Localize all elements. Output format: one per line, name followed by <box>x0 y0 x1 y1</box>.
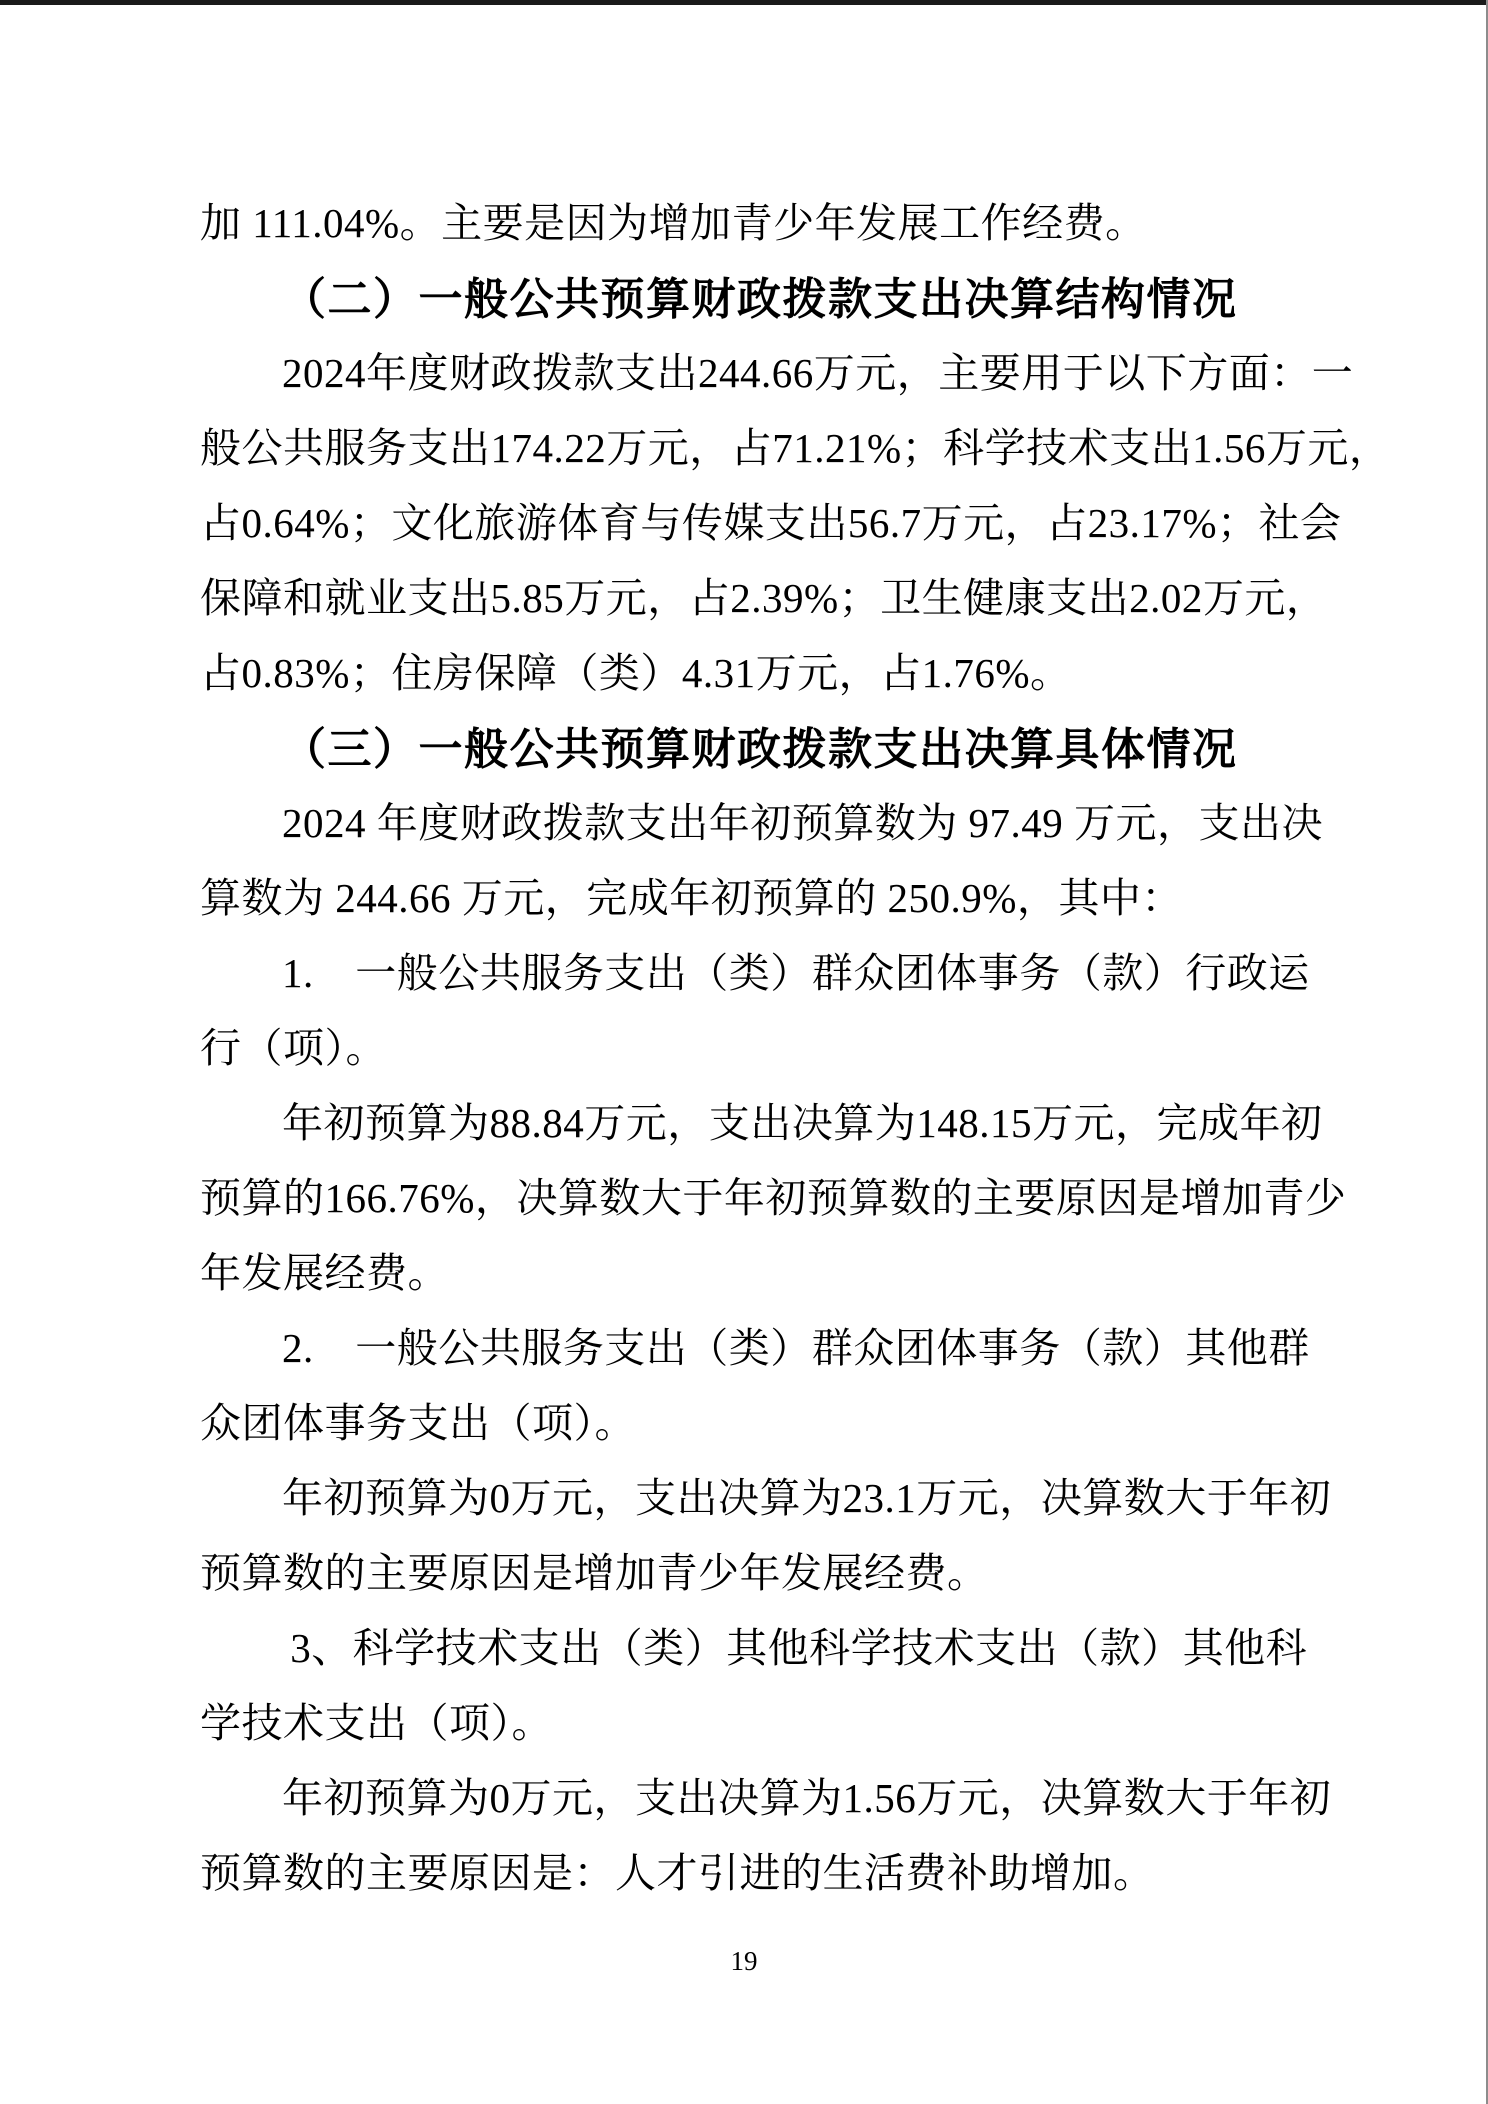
top-edge-bar <box>0 0 1488 5</box>
text-line: 预算数的主要原因是增加青少年发展经费。 <box>200 1532 1288 1607</box>
text-line: 般公共服务支出174.22万元，占71.21%；科学技术支出1.56万元， <box>200 407 1288 482</box>
text-line: 年初预算为0万元，支出决算为23.1万元，决算数大于年初 <box>200 1457 1288 1532</box>
text-line: 行（项）。 <box>200 1007 1288 1082</box>
text-line: 占0.83%；住房保障（类）4.31万元，占1.76%。 <box>200 632 1288 707</box>
text-line: 3、科学技术支出（类）其他科学技术支出（款）其他科 <box>200 1607 1288 1682</box>
text-line: 年发展经费。 <box>200 1232 1288 1307</box>
text-line: 1. 一般公共服务支出（类）群众团体事务（款）行政运 <box>200 932 1288 1007</box>
text-line: 预算的166.76%，决算数大于年初预算数的主要原因是增加青少 <box>200 1157 1288 1232</box>
text-line: 年初预算为0万元，支出决算为1.56万元，决算数大于年初 <box>200 1757 1288 1832</box>
page-number: 19 <box>200 1946 1288 1977</box>
text-line: 众团体事务支出（项）。 <box>200 1382 1288 1457</box>
text-line: 年初预算为88.84万元，支出决算为148.15万元，完成年初 <box>200 1082 1288 1157</box>
text-line: 占0.64%；文化旅游体育与传媒支出56.7万元，占23.17%；社会 <box>200 482 1288 557</box>
text-line: 2. 一般公共服务支出（类）群众团体事务（款）其他群 <box>200 1307 1288 1382</box>
text-line: 预算数的主要原因是：人才引进的生活费补助增加。 <box>200 1832 1288 1907</box>
text-line: 2024年度财政拨款支出244.66万元，主要用于以下方面：一 <box>200 332 1288 407</box>
text-line: （二）一般公共预算财政拨款支出决算结构情况 <box>200 257 1288 332</box>
text-line: （三）一般公共预算财政拨款支出决算具体情况 <box>200 707 1288 782</box>
text-line: 学技术支出（项）。 <box>200 1682 1288 1757</box>
text-line: 2024 年度财政拨款支出年初预算数为 97.49 万元，支出决 <box>200 782 1288 857</box>
text-line: 保障和就业支出5.85万元，占2.39%；卫生健康支出2.02万元， <box>200 557 1288 632</box>
document-page-body: 加 111.04%。主要是因为增加青少年发展工作经费。（二）一般公共预算财政拨款… <box>200 182 1288 1907</box>
text-line: 加 111.04%。主要是因为增加青少年发展工作经费。 <box>200 182 1288 257</box>
text-line: 算数为 244.66 万元，完成年初预算的 250.9%，其中： <box>200 857 1288 932</box>
